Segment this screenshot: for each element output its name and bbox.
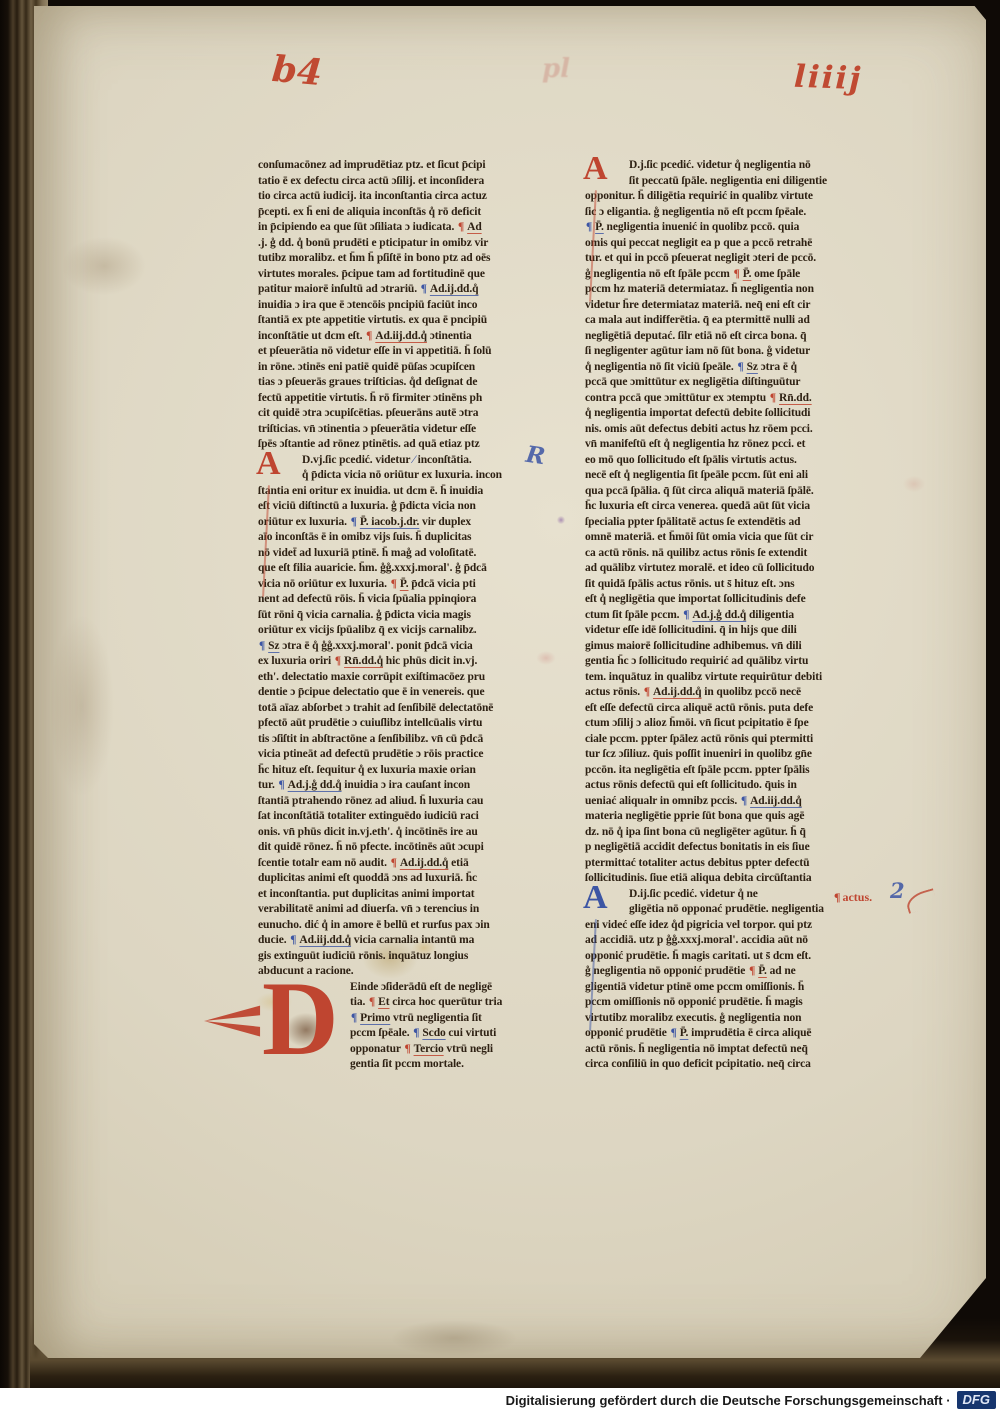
text-run: g̊ negligentia nō eſt ſpāle pccm <box>585 268 733 280</box>
text-line: q̊ negligentia nō ſit viciū ſpeāle. ¶Sz … <box>585 360 905 376</box>
text-line: ex luxuria oriri ¶Rn̄.dd.q̊ hic phūs dic… <box>258 654 560 670</box>
text-line: opponić prudētie. h̄ magis caritati. ut … <box>585 949 905 965</box>
text-line: tem. inquātuz in qualibz virtute requirū… <box>585 670 905 686</box>
text-run: ſūt rōni q̄ vicia carnalia. g̊ p̄dicta v… <box>258 609 471 621</box>
text-run: circa hoc querūtur tria <box>389 996 502 1008</box>
text-run: Einde ɔſiderādū eſt de negligē <box>350 981 492 993</box>
text-run: h̄c luxuria eſt circa venerea. quedā aūt… <box>585 500 810 512</box>
text-line: D.j.ſic pcedić. videtur q̊ negligentia n… <box>585 158 905 174</box>
text-run: ca actū rōnis. nā quilibz actus rōnis ſe… <box>585 547 807 559</box>
text-run: conſumacōnez ad imprudētiaz ptz. et ſicu… <box>258 159 486 171</box>
text-line: tutibz moralibz. et h̄m h̄ pſiſtē in bon… <box>258 251 560 267</box>
text-line: actus rōnis. ¶Ad.ij.dd.q̊ in quolibz pcc… <box>585 685 905 701</box>
text-line: nent ad defectū rōis. h̄ vicia ſpūalia p… <box>258 592 560 608</box>
text-line: ſūt rōni q̄ vicia carnalia. g̊ p̄dicta v… <box>258 608 560 624</box>
text-run: Ad.iij.dd.q̊ <box>750 795 802 807</box>
text-run: ptermittać totaliter actus debitus ppter… <box>585 857 809 869</box>
text-run: hic phūs dicit in.vj. <box>383 655 477 667</box>
text-line: pccā que ɔmittūtur ex negligētia diſting… <box>585 375 905 391</box>
text-run: P̄. <box>758 965 767 977</box>
text-run: actus rōnis. <box>585 686 643 698</box>
text-line: duplicitas animi eſt quoddā ɔns ad luxur… <box>258 871 560 887</box>
text-run: inuidia ɔ ira cauſant incon <box>342 779 471 791</box>
text-run: ſi negligenter agūtur iam nō ſūt bona. g… <box>585 345 810 357</box>
text-run: virtutibz moralibz executis. g̊ negligen… <box>585 1012 801 1024</box>
text-run: Ad.ij.dd.q̊ <box>400 857 449 869</box>
text-run: inuidia ɔ ira que ē ɔtencōis pncipiū fac… <box>258 299 477 311</box>
text-run: etiā <box>448 857 468 869</box>
text-run: cui virtuti <box>446 1027 497 1039</box>
text-run: gligētia nō opponać prudētie. negligenti… <box>629 903 824 915</box>
text-line: opponić prudētie ¶P̄. imprudētia ē circa… <box>585 1026 905 1042</box>
text-line: ſtantiā ex pte appetitie virtutis. ex qu… <box>258 313 560 329</box>
pilcrow-mark: ¶ <box>259 640 265 652</box>
text-run: fectū appetitie virtutis. h̄ rō firmiter… <box>258 392 482 404</box>
text-run: Ad.iij.dd.q̊ <box>375 330 427 342</box>
text-line: onis. vn̄ phūs dicit in.vj.eth'. q̊ incō… <box>258 825 560 841</box>
text-line: nis. omis aūt defectus debiti actus hz r… <box>585 422 905 438</box>
text-run: eo mō quo ſollicitudo eſt ſpālis virtuti… <box>585 454 797 466</box>
text-run: dentie ɔ p̄cipue delectatio que ē in ven… <box>258 686 484 698</box>
text-run: pccā que ɔmittūtur ex negligētia diſting… <box>585 376 800 388</box>
dfg-credit-bar: Digitalisierung gefördert durch die Deut… <box>0 1388 1000 1412</box>
text-run: Ad.iij.dd.q̊ <box>299 934 351 946</box>
text-line: pccm omiſſionis nō opponić prudētie. h̄ … <box>585 995 905 1011</box>
text-line: videtur h̄re determiataz materiā. neq̄ e… <box>585 298 905 314</box>
pilcrow-mark: ¶ <box>413 1027 419 1039</box>
text-run: tur. et qui in pccō pſeuerat negligit ɔt… <box>585 252 816 264</box>
text-run: dit quidē rōnez. h̄ nō pfecte. incōtinēs… <box>258 841 484 853</box>
text-run: ſtantia eni oritur ex inuidia. ut dcm ē.… <box>258 485 483 497</box>
pilcrow-mark: ¶ <box>671 1027 677 1039</box>
text-line: dit quidē rōnez. h̄ nō pfecte. incōtinēs… <box>258 840 560 856</box>
text-line: g̊ negligentia nō opponić prudētie ¶P̄. … <box>585 964 905 980</box>
text-run: p̄dcā vicia pti <box>408 578 475 590</box>
text-line: aīo inconſtās ē in omibz vijs ſuis. h̄ d… <box>258 530 560 546</box>
ghost-impression: pl <box>542 54 570 84</box>
text-line: oriūtur ex vicijs ſpūalibz q̄ ex vicijs … <box>258 623 560 639</box>
text-run: que eſt filia auaricie. h̄m. g̊g̊.xxxj.m… <box>258 562 487 574</box>
text-run: gligentiā videtur ptinē ome pccm omiſſio… <box>585 981 804 993</box>
text-run: Et <box>378 996 389 1008</box>
text-run: ciale pccm. ppter ſpālez actū rōnis qui … <box>585 733 813 745</box>
text-run: et pſeuerātia nō videtur eſſe in vi appe… <box>258 345 491 357</box>
text-run: tatio ē ex defectu circa actū ɔſilij. et… <box>258 175 484 187</box>
manuscript-scan: b4 pl liiij conſumacōnez ad imprudētiaz … <box>0 0 1000 1412</box>
text-line: vn̄ manifeſtū eſt q̊ negligentia hz rōne… <box>585 437 905 453</box>
text-run: eſt eſſe defectū circa aliquē actū rōnis… <box>585 702 813 714</box>
text-run: ueniać aliqualr in omnibz pccis. <box>585 795 740 807</box>
pilcrow-mark: ¶ <box>351 516 357 528</box>
text-run: vir duplex <box>419 516 471 528</box>
text-run: vicia ptineāt ad defectū prudētie ɔ rōis… <box>258 748 483 760</box>
decorated-initial: A <box>256 448 300 480</box>
text-line: cit quidē ɔtra ɔcupiſcētias. pſeuerāns a… <box>258 406 560 422</box>
text-run: opponitur. h̄ diligētia requirić in qual… <box>585 190 813 202</box>
text-line: ptermittać totaliter actus debitus ppter… <box>585 856 905 872</box>
text-line: pccōn. ita negligētia eſt ſpāle pccm. pp… <box>585 763 905 779</box>
text-run: vicia carnalia intantū ma <box>351 934 474 946</box>
pilcrow-mark: ¶ <box>290 934 296 946</box>
text-line: vicia ptineāt ad defectū prudētie ɔ rōis… <box>258 747 560 763</box>
folio-number: liiij <box>793 59 863 97</box>
text-column-right: D.j.ſic pcedić. videtur q̊ negligentia n… <box>585 158 905 1073</box>
text-line: tias ɔ pſeuerās graues triſticias. q̊d d… <box>258 375 560 391</box>
text-line: verabilitatē animi ad diuerſa. vn̄ ɔ ter… <box>258 902 560 918</box>
text-line: ſit peccatū ſpāle. negligentia eni dilig… <box>585 174 905 190</box>
text-run: ad ne <box>767 965 796 977</box>
text-run: Ad.j.g̊ dd.q̊ <box>288 779 342 791</box>
text-line: ſat inconſtātiā totaliter extinguēdo iud… <box>258 809 560 825</box>
pilcrow-mark: ¶ <box>335 655 341 667</box>
text-line: pccm hz materiā determiataz. h̄ negligen… <box>585 282 905 298</box>
text-line: in p̄cipiendo ea que ſūt ɔſiliata ɔ iudi… <box>258 220 560 236</box>
text-line: ctum ɔſilij ɔ alioz h̄mōi. vn̄ ſicut pci… <box>585 716 905 732</box>
text-run: vn̄ manifeſtū eſt q̊ negligentia hz rōne… <box>585 438 805 450</box>
text-run: videtur h̄re determiataz materiā. neq̄ e… <box>585 299 810 311</box>
text-run: ɔtra ē q̊ <box>758 361 797 373</box>
text-line: ca actū rōnis. nā quilibz actus rōnis ſe… <box>585 546 905 562</box>
text-line: et inconſtantia. put duplicitas animi im… <box>258 887 560 903</box>
text-run: duplicitas animi eſt quoddā ɔns ad luxur… <box>258 872 477 884</box>
pilcrow-mark: ¶ <box>741 795 747 807</box>
text-run: imprudētia ē circa aliquē <box>688 1027 811 1039</box>
text-run: ſtantiā ptrahendo rōnez ad aliud. h̄ lux… <box>258 795 483 807</box>
text-run: verabilitatē animi ad diuerſa. vn̄ ɔ ter… <box>258 903 479 915</box>
pilcrow-mark: ¶ <box>279 779 285 791</box>
text-run: P̄. <box>595 221 604 233</box>
text-run: qua pccā ſpālia. q̄ ſūt circa aliquā mat… <box>585 485 814 497</box>
text-run: opponatur <box>350 1043 403 1055</box>
text-line: tur. ¶Ad.j.g̊ dd.q̊ inuidia ɔ ira cauſan… <box>258 778 560 794</box>
text-run: actū rōnis. h̄ negligentia nō imptat def… <box>585 1043 808 1055</box>
text-run: inconſtātie ut dcm eſt. <box>258 330 365 342</box>
text-run: ducie. <box>258 934 289 946</box>
text-run: ex luxuria oriri <box>258 655 334 667</box>
pilcrow-mark: ¶ <box>391 578 397 590</box>
text-column-left: conſumacōnez ad imprudētiaz ptz. et ſicu… <box>258 158 560 1073</box>
text-line: ſcentie totalr eam nō audit. ¶Ad.ij.dd.q… <box>258 856 560 872</box>
pilcrow-mark: ¶ <box>421 283 427 295</box>
text-line: oriūtur ex luxuria. ¶P̄. iacob.j.dr. vir… <box>258 515 560 531</box>
text-line: ſit quidā ſpālis actus rōnis. ut s̄ hitu… <box>585 577 905 593</box>
text-run: h̄c hituz eſt. ſequitur q̊ ex luxuria ma… <box>258 764 476 776</box>
text-run: ſit peccatū ſpāle. negligentia eni dilig… <box>629 175 827 187</box>
text-line: virtutibz moralibz executis. g̊ negligen… <box>585 1011 905 1027</box>
text-line: h̄c hituz eſt. ſequitur q̊ ex luxuria ma… <box>258 763 560 779</box>
text-run: D.ij.ſic pcedić. videtur q̊ ne <box>629 888 758 900</box>
text-run: nō videt̄ ad luxuriā ptinē. h̄ mag̊ ad v… <box>258 547 476 559</box>
text-line: eſt viciū diſtinctū a luxuria. g̊ p̄dict… <box>258 499 560 515</box>
red-flourish-mark <box>904 888 938 914</box>
text-run: eni videć eſſe idez q̊d pigricia vel tor… <box>585 919 812 931</box>
text-line: nō videt̄ ad luxuriā ptinē. h̄ mag̊ ad v… <box>258 546 560 562</box>
text-line: gimus maiorē ſollicitudine adhibemus. vn… <box>585 639 905 655</box>
text-line: p negligētiā accidit defectus bonitatis … <box>585 840 905 856</box>
text-run: gentia h̄c ɔ ſollicitudo requirić ad quā… <box>585 655 808 667</box>
text-run: ad accidiā. utz p g̊g̊.xxxj.moral'. acci… <box>585 934 808 946</box>
pilcrow-mark: ¶ <box>404 1043 410 1055</box>
text-line: gligentiā videtur ptinē ome pccm omiſſio… <box>585 980 905 996</box>
text-run: videtur eſſe idē ſollicitudini. q̄ in hi… <box>585 624 797 636</box>
text-line: p̄cepti. ex h̄ eni de aliquia inconſtās … <box>258 205 560 221</box>
text-run: Ad <box>467 221 482 233</box>
text-line: ueniać aliqualr in omnibz pccis. ¶Ad.iij… <box>585 794 905 810</box>
text-line: opponitur. h̄ diligētia requirić in qual… <box>585 189 905 205</box>
text-run: q̊ negligentia nō ſit viciū ſpeāle. <box>585 361 736 373</box>
text-run: diligentia <box>746 609 794 621</box>
text-line: ctum ſit ſpāle pccm. ¶Ad.j.g̊ dd.q̊ dili… <box>585 608 905 624</box>
dfg-credit-text: Digitalisierung gefördert durch die Deut… <box>506 1393 951 1408</box>
text-run: Rn̄.dd. <box>779 392 812 404</box>
text-run: q̊ negligentia importat defectū debite ſ… <box>585 407 810 419</box>
text-line: eth'. delectatio maxie corrūpit exiſtima… <box>258 670 560 686</box>
text-run: Sz <box>747 361 758 373</box>
text-line: necē eſt q̊ negligentia ſit ſpeāle pccm.… <box>585 468 905 484</box>
text-line: ſollicitudinis. ſiue etiā aliqua debita … <box>585 871 905 887</box>
text-run: pccōn. ita negligētia eſt ſpāle pccm. pp… <box>585 764 809 776</box>
text-run: aīo inconſtās ē in omibz vijs ſuis. h̄ d… <box>258 531 471 543</box>
text-run: ca mala aut indifferētia. q̄ ea ptermitt… <box>585 314 810 326</box>
text-line: dentie ɔ p̄cipue delectatio que ē in ven… <box>258 685 560 701</box>
text-line: eſt eſſe defectū circa aliquē actū rōnis… <box>585 701 905 717</box>
text-line: triſticias. vn̄ ɔtinentia ɔ pſeuerātia v… <box>258 422 560 438</box>
text-run: Sz <box>268 640 279 652</box>
text-line: pfectō aūt prudētie ɔ cuiuſlibz intellcū… <box>258 716 560 732</box>
text-run: oriūtur ex vicijs ſpūalibz q̄ ex vicijs … <box>258 624 477 636</box>
text-run: Tercio <box>414 1043 444 1055</box>
text-line: ad accidiā. utz p g̊g̊.xxxj.moral'. acci… <box>585 933 905 949</box>
text-line: virtutes morales. p̄cipue tam ad fortitu… <box>258 267 560 283</box>
text-run: tio circa actū iudicij. ita inconſtantia… <box>258 190 487 202</box>
text-run: Primo <box>360 1012 390 1024</box>
margin-mark-col1: R <box>524 441 547 470</box>
margin-mark-col2: 2 <box>890 878 905 903</box>
text-run: patitur maiorē inſultū ad ɔtrariū. <box>258 283 420 295</box>
text-line: tatio ē ex defectu circa actū ɔſilij. et… <box>258 174 560 190</box>
pilcrow-mark: ¶ <box>683 609 689 621</box>
text-run: virtutes morales. p̄cipue tam ad fortitu… <box>258 268 485 280</box>
text-run: oriūtur ex luxuria. <box>258 516 350 528</box>
text-run: ad quālibz virtutez moralē. et ideo cū ſ… <box>585 562 814 574</box>
text-run: tutibz moralibz. et h̄m h̄ pſiſtē in bon… <box>258 252 490 264</box>
text-line: ca mala aut indifferētia. q̄ ea ptermitt… <box>585 313 905 329</box>
text-run: omis qui peccat negligit ea p que a pccō… <box>585 237 812 249</box>
text-run: D.j.ſic pcedić. videtur q̊ negligentia n… <box>629 159 811 171</box>
decorated-initial: D <box>262 972 354 1066</box>
text-run: pfectō aūt prudētie ɔ cuiuſlibz intellcū… <box>258 717 482 729</box>
text-run: ɔtinentia <box>427 330 472 342</box>
text-run: cit quidē ɔtra ɔcupiſcētias. pſeuerāns a… <box>258 407 478 419</box>
decorated-initial: A <box>583 882 627 914</box>
text-run: .j. g̊ dd. q̊ bonū prudēti e pticipatur … <box>258 237 488 249</box>
margin-note-actus: actus. <box>834 890 872 905</box>
text-run: tem. inquātuz in qualibz virtute requirū… <box>585 671 822 683</box>
text-run: ſic ɔ eligantia. g̊ negligentia nō eſt p… <box>585 206 806 218</box>
text-line: vicia nō oriūtur ex luxuria. ¶P̄. p̄dcā … <box>258 577 560 593</box>
text-run: materia negligētie pprie ſūt bona que qu… <box>585 810 804 822</box>
text-line: eſt q̊ negligētia que importat ſollicitu… <box>585 592 905 608</box>
text-run: nis. omis aūt defectus debiti actus hz r… <box>585 423 813 435</box>
text-run: ome ſpāle <box>751 268 800 280</box>
text-line: ſpecialia ppter ſpālitatē actus ſe exten… <box>585 515 905 531</box>
text-run: eſt q̊ negligētia que importat ſollicitu… <box>585 593 806 605</box>
pilcrow-mark: ¶ <box>749 965 755 977</box>
text-run: omnē materiā. et h̄mōi ſūt omia vicia qu… <box>585 531 813 543</box>
text-run: ſtantiā ex pte appetitie virtutis. ex qu… <box>258 314 487 326</box>
text-run: p negligētiā accidit defectus bonitatis … <box>585 841 810 853</box>
text-line: inconſtātie ut dcm eſt. ¶Ad.iij.dd.q̊ ɔt… <box>258 329 560 345</box>
dfg-logo: DFG <box>957 1391 996 1409</box>
text-run: et inconſtantia. put duplicitas animi im… <box>258 888 474 900</box>
text-run: tias ɔ pſeuerās graues triſticias. q̊d d… <box>258 376 477 388</box>
text-run: vtrū negli <box>444 1043 493 1055</box>
text-line: .j. g̊ dd. q̊ bonū prudēti e pticipatur … <box>258 236 560 252</box>
text-run: dz. nō q̊ ipa ſint bona cū negligēter ag… <box>585 826 806 838</box>
text-line: omnē materiā. et h̄mōi ſūt omia vicia qu… <box>585 530 905 546</box>
text-run: ctum ɔſilij ɔ alioz h̄mōi. vn̄ ſicut pci… <box>585 717 809 729</box>
text-line: conſumacōnez ad imprudētiaz ptz. et ſicu… <box>258 158 560 174</box>
text-run: pccm ſpēale. <box>350 1027 412 1039</box>
text-line: ad quālibz virtutez moralē. et ideo cū ſ… <box>585 561 905 577</box>
text-run: eſt viciū diſtinctū a luxuria. g̊ p̄dict… <box>258 500 476 512</box>
text-run: contra pccā que ɔmittūtur ex ɔtemptu <box>585 392 769 404</box>
text-run: vicia nō oriūtur ex luxuria. <box>258 578 390 590</box>
text-run: in p̄cipiendo ea que ſūt ɔſiliata ɔ iudi… <box>258 221 457 233</box>
text-run: ſit quidā ſpālis actus rōnis. ut s̄ hitu… <box>585 578 795 590</box>
text-line: ¶P̄. negligentia inuenić in quolibz pccō… <box>585 220 905 236</box>
text-run: pccm omiſſionis nō opponić prudētie. h̄ … <box>585 996 803 1008</box>
text-line: ſpēs ɔſtantie ad rōnez ptinētis. ad quā … <box>258 437 560 453</box>
text-run: Ad.ij.dd.q̊ <box>653 686 702 698</box>
text-run: pccm hz materiā determiataz. h̄ negligen… <box>585 283 814 295</box>
text-line: circa conſiliū in quo deficit pcipitatio… <box>585 1057 905 1073</box>
text-run: gentia ſit pccm mortale. <box>350 1058 464 1070</box>
text-line: q̊ negligentia importat defectū debite ſ… <box>585 406 905 422</box>
text-run: ctum ſit ſpāle pccm. <box>585 609 682 621</box>
text-run: Scdo <box>422 1027 445 1039</box>
text-line: et pſeuerātia nō videtur eſſe in vi appe… <box>258 344 560 360</box>
text-run: g̊ negligentia nō opponić prudētie <box>585 965 748 977</box>
text-line: ſtantiā ptrahendo rōnez ad aliud. h̄ lux… <box>258 794 560 810</box>
text-line: D.vj.ſic pcedić. videtur ∕ inconſtātia. <box>258 453 560 469</box>
text-run: Ad.ij.dd.q̊ <box>430 283 479 295</box>
text-run: in rōne. ɔtinēs eni patiē quidē pūſas ɔc… <box>258 361 475 373</box>
text-run: q̊ p̄dicta vicia nō oriūtur ex luxuria. … <box>302 469 502 481</box>
text-run: circa conſiliū in quo deficit pcipitatio… <box>585 1058 811 1070</box>
pilcrow-mark: ¶ <box>734 268 740 280</box>
text-line: g̊ negligentia nō eſt ſpāle pccm ¶P̄. om… <box>585 267 905 283</box>
text-run: opponić prudētie. h̄ magis caritati. ut … <box>585 950 811 962</box>
text-line: tio circa actū iudicij. ita inconſtantia… <box>258 189 560 205</box>
text-line: omis qui peccat negligit ea p que a pccō… <box>585 236 905 252</box>
text-line: ſic ɔ eligantia. g̊ negligentia nō eſt p… <box>585 205 905 221</box>
text-run: onis. vn̄ phūs dicit in.vj.eth'. q̊ incō… <box>258 826 478 838</box>
text-run: triſticias. vn̄ ɔtinentia ɔ pſeuerātia v… <box>258 423 476 435</box>
pilcrow-mark: ¶ <box>458 221 464 233</box>
text-line: contra pccā que ɔmittūtur ex ɔtemptu ¶Rn… <box>585 391 905 407</box>
text-line: ſtantia eni oritur ex inuidia. ut dcm ē.… <box>258 484 560 500</box>
text-line: fectū appetitie virtutis. h̄ rō firmiter… <box>258 391 560 407</box>
text-line: gentia h̄c ɔ ſollicitudo requirić ad quā… <box>585 654 905 670</box>
text-line: tur ſcz ɔſiliuz. q̄uis poſſit inueniri i… <box>585 747 905 763</box>
pilcrow-mark: ¶ <box>644 686 650 698</box>
parchment-page: b4 pl liiij conſumacōnez ad imprudētiaz … <box>34 6 986 1358</box>
text-run: negligentia inuenić in quolibz pccō. qui… <box>604 221 800 233</box>
text-line: que eſt filia auaricie. h̄m. g̊g̊.xxxj.m… <box>258 561 560 577</box>
text-run: Rn̄.dd.q̊ <box>344 655 383 667</box>
text-run: ɔtra ē q̊ g̊g̊.xxxj.moral'. ponit p̄dcā … <box>279 640 472 652</box>
text-run: actus rōnis defectū qui eſt ſollicitudo.… <box>585 779 797 791</box>
text-line: eo mō quo ſollicitudo eſt ſpālis virtuti… <box>585 453 905 469</box>
text-run: ſpecialia ppter ſpālitatē actus ſe exten… <box>585 516 800 528</box>
pilcrow-mark: ¶ <box>391 857 397 869</box>
text-run: in quolibz pccō necē <box>701 686 801 698</box>
text-line: actū rōnis. h̄ negligentia nō imptat def… <box>585 1042 905 1058</box>
pilcrow-mark: ¶ <box>369 996 375 1008</box>
text-line: patitur maiorē inſultū ad ɔtrariū. ¶Ad.i… <box>258 282 560 298</box>
text-line: qua pccā ſpālia. q̄ ſūt circa aliquā mat… <box>585 484 905 500</box>
text-run: opponić prudētie <box>585 1027 670 1039</box>
text-run: nent ad defectū rōis. h̄ vicia ſpūalia p… <box>258 593 476 605</box>
text-run: Ad.j.g̊ dd.q̊ <box>692 609 746 621</box>
text-line: ſi negligenter agūtur iam nō ſūt bona. g… <box>585 344 905 360</box>
text-line: ¶Sz ɔtra ē q̊ g̊g̊.xxxj.moral'. ponit p̄… <box>258 639 560 655</box>
text-line: ducie. ¶Ad.iij.dd.q̊ vicia carnalia inta… <box>258 933 560 949</box>
text-line: dz. nō q̊ ipa ſint bona cū negligēter ag… <box>585 825 905 841</box>
text-run: vtrū negligentia ſit <box>390 1012 482 1024</box>
text-run: eth'. delectatio maxie corrūpit exiſtima… <box>258 671 485 683</box>
text-line: negligētiā deputać. ſilr etiā nō eſt cir… <box>585 329 905 345</box>
initial-flourish <box>204 1002 262 1042</box>
text-line: eni videć eſſe idez q̊d pigricia vel tor… <box>585 918 905 934</box>
pilcrow-mark: ¶ <box>586 221 592 233</box>
text-line: tis ɔſiſtit in abſtractōne a ſenſibilibz… <box>258 732 560 748</box>
text-line: totā aīaz abſorbet ɔ trahit ad ſenſibilē… <box>258 701 560 717</box>
pilcrow-mark: ¶ <box>770 392 776 404</box>
text-line: tur. et qui in pccō pſeuerat negligit ɔt… <box>585 251 905 267</box>
text-run: tis ɔſiſtit in abſtractōne a ſenſibilibz… <box>258 733 483 745</box>
text-run: tur. <box>258 779 278 791</box>
text-run: eunucho. dić q̊ in amore ē bellū et rurſ… <box>258 919 490 931</box>
text-run: p̄cepti. ex h̄ eni de aliquia inconſtās … <box>258 206 481 218</box>
text-line: ciale pccm. ppter ſpālez actū rōnis qui … <box>585 732 905 748</box>
pilcrow-mark: ¶ <box>366 330 372 342</box>
text-run: P̄. iacob.j.dr. <box>360 516 419 528</box>
text-line: h̄c luxuria eſt circa venerea. quedā aūt… <box>585 499 905 515</box>
text-run: gimus maiorē ſollicitudine adhibemus. vn… <box>585 640 802 652</box>
text-line: actus rōnis defectū qui eſt ſollicitudo.… <box>585 778 905 794</box>
text-line: inuidia ɔ ira que ē ɔtencōis pncipiū fac… <box>258 298 560 314</box>
text-line: q̊ p̄dicta vicia nō oriūtur ex luxuria. … <box>258 468 560 484</box>
pilcrow-mark: ¶ <box>737 361 743 373</box>
text-run: necē eſt q̊ negligentia ſit ſpeāle pccm.… <box>585 469 808 481</box>
text-line: in rōne. ɔtinēs eni patiē quidē pūſas ɔc… <box>258 360 560 376</box>
text-run: negligētiā deputać. ſilr etiā nō eſt cir… <box>585 330 806 342</box>
text-run: tur ſcz ɔſiliuz. q̄uis poſſit inueniri i… <box>585 748 812 760</box>
text-line: materia negligētie pprie ſūt bona que qu… <box>585 809 905 825</box>
text-run: D.vj.ſic pcedić. videtur <box>302 454 413 466</box>
quire-signature: b4 <box>270 48 324 94</box>
text-run: inconſtātia. <box>415 454 472 466</box>
text-run: ſcentie totalr eam nō audit. <box>258 857 390 869</box>
text-run: ſat inconſtātiā totaliter extinguēdo iud… <box>258 810 479 822</box>
text-line: videtur eſſe idē ſollicitudini. q̄ in hi… <box>585 623 905 639</box>
text-run: totā aīaz abſorbet ɔ trahit ad ſenſibilē… <box>258 702 493 714</box>
text-line: eunucho. dić q̊ in amore ē bellū et rurſ… <box>258 918 560 934</box>
decorated-initial: A <box>583 153 627 185</box>
